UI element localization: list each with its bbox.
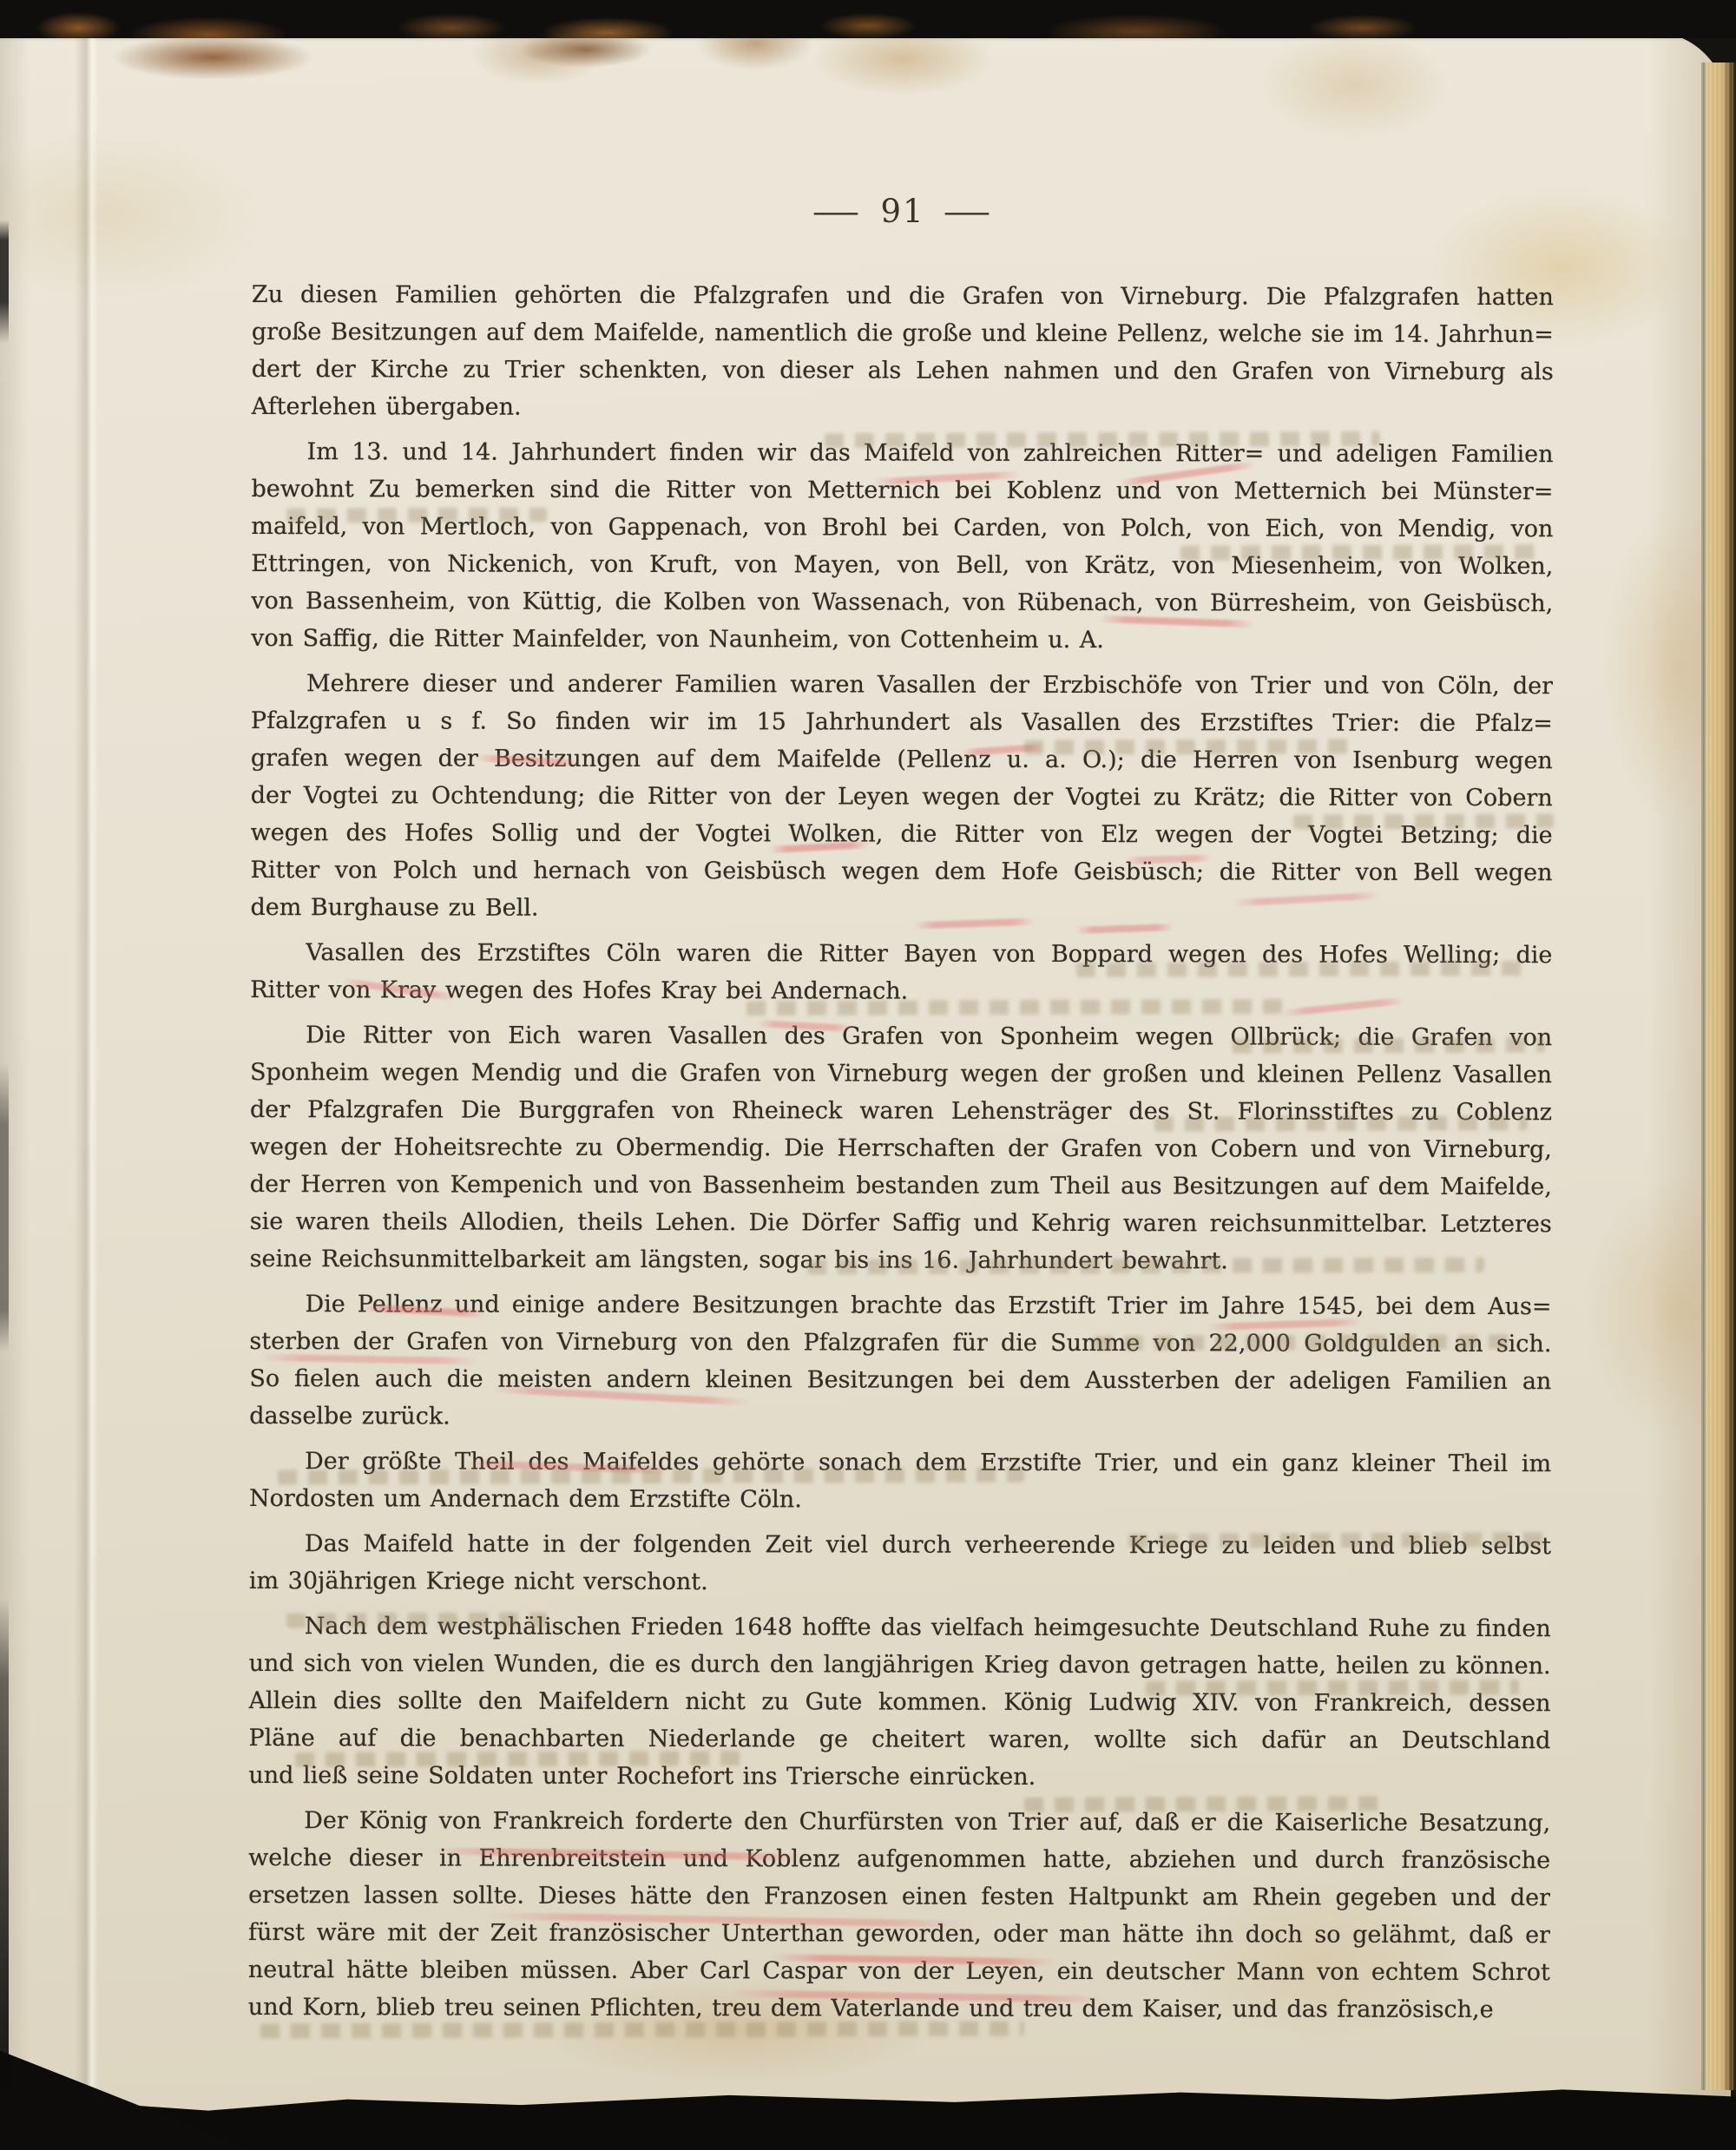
text-line: dasselbe zurück. bbox=[249, 1397, 1551, 1437]
text-line: ersetzen lassen sollte. Dieses hätte den… bbox=[248, 1877, 1550, 1917]
text-line: große Besitzungen auf dem Maifelde, name… bbox=[252, 313, 1554, 353]
paragraph: Nach dem westphälischen Frieden 1648 hof… bbox=[248, 1608, 1550, 1797]
ink-bleedthrough bbox=[286, 1612, 547, 1627]
text-line: Zu diesen Familien gehörten die Pfalzgra… bbox=[252, 276, 1554, 316]
ink-bleedthrough bbox=[1293, 813, 1554, 829]
text-line: der Herren von Kempenich und von Bassenh… bbox=[250, 1166, 1552, 1206]
ink-bleedthrough bbox=[278, 1467, 1024, 1484]
text-line: Sponheim wegen Mendig und die Grafen von… bbox=[250, 1054, 1552, 1094]
scan-top-edge bbox=[0, 0, 1736, 38]
ink-bleedthrough bbox=[1154, 1115, 1528, 1132]
text-line: von Bassenheim, von Küttig, die Kolben v… bbox=[251, 582, 1553, 622]
text-line: wegen der Hoheitsrechte zu Obermendig. D… bbox=[250, 1128, 1552, 1168]
ink-bleedthrough bbox=[295, 1751, 746, 1767]
text-line: Afterlehen übergaben. bbox=[252, 388, 1554, 428]
paper-fold-crease bbox=[75, 35, 104, 2092]
ink-bleedthrough bbox=[1128, 1532, 1545, 1548]
page-number-dash-right: — bbox=[943, 193, 994, 230]
ink-bleedthrough bbox=[1076, 961, 1528, 977]
page-text-block: Zu diesen Familien gehörten die Pfalzgra… bbox=[248, 276, 1554, 2036]
page-number-value: 91 bbox=[880, 193, 924, 230]
scan-left-edge bbox=[0, 35, 9, 2092]
text-line: Pfalzgrafen u s f. So finden wir im 15 J… bbox=[251, 702, 1553, 742]
text-line: So fielen auch die meisten andern kleine… bbox=[249, 1360, 1551, 1400]
paragraph: Mehrere dieser und anderer Familien ware… bbox=[250, 665, 1553, 929]
rust-stain bbox=[113, 35, 312, 80]
text-line: welche dieser in Ehrenbreitstein und Kob… bbox=[248, 1839, 1550, 1879]
text-line: und sich von vielen Wunden, die es durch… bbox=[249, 1645, 1551, 1685]
page-number: —91— bbox=[252, 193, 1554, 230]
ink-bleedthrough bbox=[286, 507, 547, 523]
text-line: im 30jährigen Kriege nicht verschont. bbox=[249, 1562, 1551, 1602]
text-line: Mehrere dieser und anderer Familien ware… bbox=[251, 665, 1553, 705]
rust-stain bbox=[521, 31, 651, 68]
paragraph: Zu diesen Familien gehörten die Pfalzgra… bbox=[252, 276, 1554, 428]
ink-bleedthrough bbox=[746, 999, 1285, 1016]
ink-bleedthrough bbox=[260, 2021, 1024, 2038]
ink-bleedthrough bbox=[1180, 544, 1545, 560]
text-line: der Vogtei zu Ochtendung; die Ritter von… bbox=[251, 777, 1553, 817]
ink-bleedthrough bbox=[1024, 1796, 1389, 1811]
text-line: Ritter von Polch und hernach von Geisbüs… bbox=[251, 851, 1553, 891]
book-fore-edge bbox=[1701, 62, 1736, 2090]
text-line: Nordosten um Andernach dem Erzstifte Cöl… bbox=[249, 1480, 1551, 1520]
ink-bleedthrough bbox=[1024, 739, 1354, 754]
text-line: grafen wegen der Besitzungen auf dem Mai… bbox=[251, 740, 1553, 779]
paragraph: Die Ritter von Eich waren Vasallen des G… bbox=[250, 1016, 1553, 1280]
ink-bleedthrough bbox=[1094, 1334, 1510, 1351]
ink-bleedthrough bbox=[807, 1258, 1484, 1275]
ink-bleedthrough bbox=[1146, 1680, 1519, 1696]
ink-bleedthrough bbox=[825, 431, 1380, 448]
page-number-dash-left: — bbox=[812, 193, 864, 230]
text-line: dert der Kirche zu Trier schenkten, von … bbox=[252, 351, 1554, 391]
text-line: sie waren theils Allodien, theils Lehen.… bbox=[250, 1203, 1552, 1243]
ink-bleedthrough bbox=[1233, 1037, 1545, 1053]
text-line: von Saffig, die Ritter Mainfelder, von N… bbox=[251, 620, 1553, 660]
